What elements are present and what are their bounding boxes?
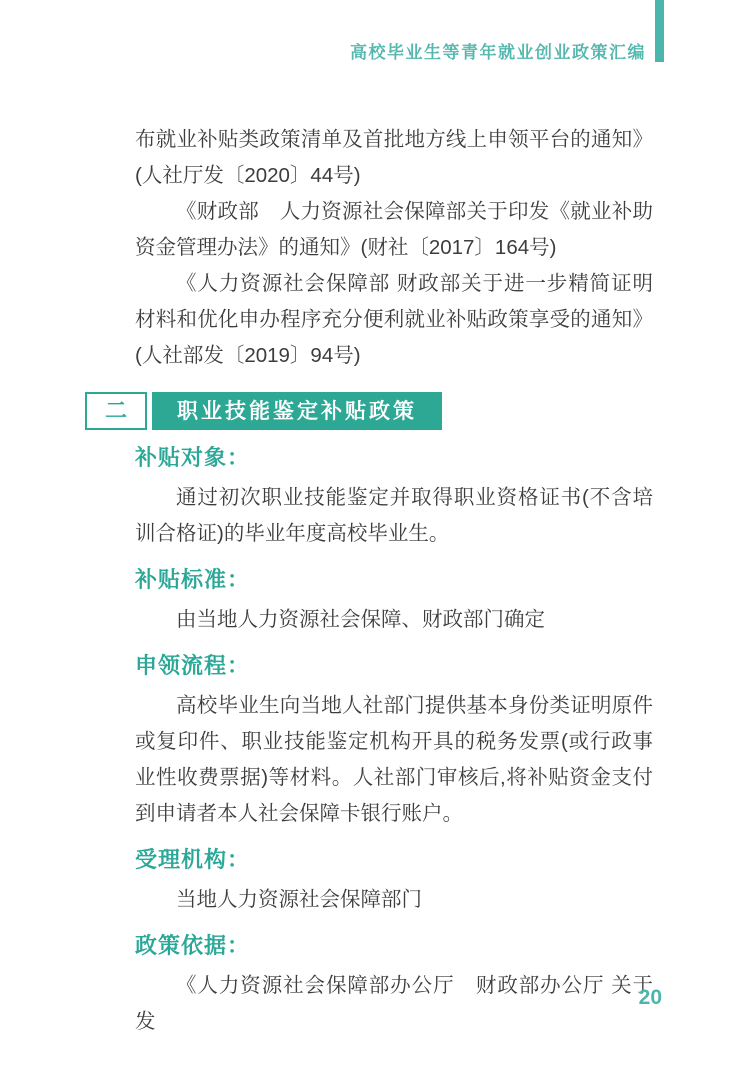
header-accent-bar [655, 0, 664, 62]
intro-paragraph: 《财政部 人力资源社会保障部关于印发《就业补助资金管理办法》的通知》(财社〔20… [135, 194, 653, 266]
intro-paragraph: 《人力资源社会保障部 财政部关于进一步精简证明材料和优化申办程序充分便利就业补贴… [135, 266, 653, 374]
page-content: 布就业补贴类政策清单及首批地方线上申领平台的通知》(人社厅发〔2020〕44号)… [135, 122, 653, 1040]
section-heading-banner: 二 职业技能鉴定补贴政策 [85, 392, 653, 430]
subsection-body: 高校毕业生向当地人社部门提供基本身份类证明原件或复印件、职业技能鉴定机构开具的税… [135, 688, 653, 832]
subsection-label-accepting-agency: 受理机构： [135, 846, 653, 874]
document-page: 高校毕业生等青年就业创业政策汇编 布就业补贴类政策清单及首批地方线上申领平台的通… [0, 0, 750, 1065]
subsection-label-application-process: 申领流程： [135, 652, 653, 680]
subsection-body: 通过初次职业技能鉴定并取得职业资格证书(不含培训合格证)的毕业年度高校毕业生。 [135, 480, 653, 552]
section-number: 二 [85, 392, 147, 430]
page-number: 20 [639, 986, 662, 1010]
subsection-label-subsidy-standard: 补贴标准： [135, 566, 653, 594]
subsection-body: 当地人力资源社会保障部门 [135, 882, 653, 918]
subsection-label-subsidy-target: 补贴对象： [135, 444, 653, 472]
intro-paragraph: 布就业补贴类政策清单及首批地方线上申领平台的通知》(人社厅发〔2020〕44号) [135, 122, 653, 194]
subsection-body: 《人力资源社会保障部办公厅 财政部办公厅 关于发 [135, 968, 653, 1040]
subsection-body: 由当地人力资源社会保障、财政部门确定 [135, 602, 653, 638]
subsection-label-policy-basis: 政策依据： [135, 932, 653, 960]
document-header-title: 高校毕业生等青年就业创业政策汇编 [350, 38, 646, 63]
section-title: 职业技能鉴定补贴政策 [152, 392, 442, 430]
